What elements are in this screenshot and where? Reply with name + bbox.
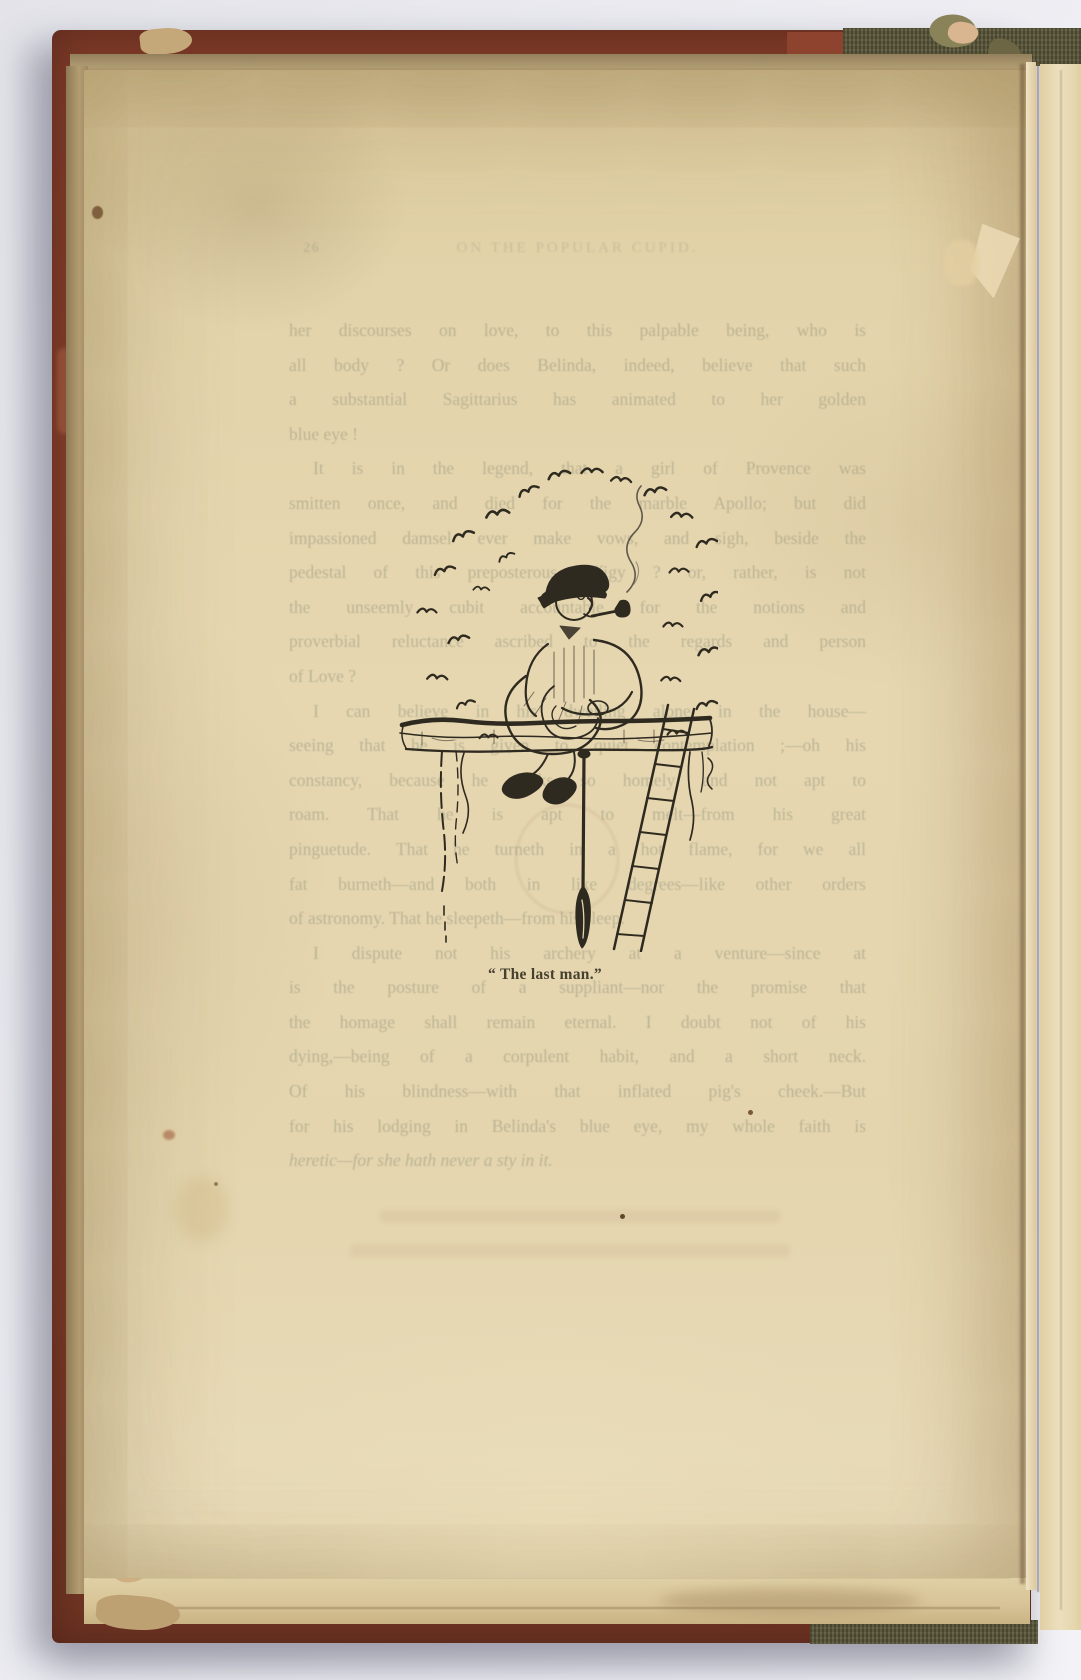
bird bbox=[473, 585, 489, 592]
bird bbox=[427, 673, 448, 682]
ink-speck bbox=[620, 1214, 625, 1219]
bird bbox=[700, 591, 718, 601]
tail-smudge bbox=[660, 1588, 920, 1614]
running-title: ON THE POPULAR CUPID. bbox=[289, 240, 866, 257]
gallows-right-post bbox=[688, 752, 712, 840]
bird bbox=[456, 699, 476, 708]
bird bbox=[417, 607, 436, 615]
gallows-left-post bbox=[441, 751, 469, 942]
ghost-running-head: 26 ON THE POPULAR CUPID. bbox=[289, 240, 866, 266]
illegible-showthrough-line bbox=[380, 1210, 780, 1223]
bird bbox=[434, 566, 456, 575]
ink-speck bbox=[748, 1110, 753, 1115]
ink-speck bbox=[214, 1182, 218, 1186]
ghost-text-line: a substantial Sagittarius has animated t… bbox=[289, 382, 866, 417]
bird bbox=[671, 511, 693, 520]
ghost-text-line: Of his blindness—with that inflated pig'… bbox=[289, 1074, 866, 1109]
stain bbox=[163, 1130, 175, 1140]
bird bbox=[696, 700, 718, 709]
bird bbox=[663, 621, 682, 629]
pipe-smoke bbox=[627, 486, 642, 592]
bird bbox=[448, 635, 469, 643]
next-page-crease bbox=[1060, 70, 1062, 1610]
seated-man bbox=[502, 565, 641, 804]
bird bbox=[548, 470, 571, 479]
ghost-text-line: dying,—being of a corpulent habit, and a… bbox=[289, 1039, 866, 1074]
the-last-man-engraving bbox=[398, 462, 718, 952]
bird bbox=[661, 675, 681, 683]
paper-repair-patch bbox=[944, 240, 978, 286]
book-photograph: 26 ON THE POPULAR CUPID. her discourses … bbox=[0, 0, 1081, 1680]
plate-caption: “ The last man.” bbox=[420, 966, 670, 984]
bird bbox=[698, 647, 718, 655]
gutter-crease bbox=[1020, 64, 1025, 1584]
bird bbox=[452, 530, 475, 541]
ghost-text-line: all body ? Or does Belinda, indeed, beli… bbox=[289, 348, 866, 383]
bird-flock bbox=[417, 467, 718, 740]
shoe bbox=[502, 773, 543, 798]
bird bbox=[581, 467, 602, 475]
gutter-crease bbox=[1037, 62, 1039, 1592]
bird bbox=[696, 538, 718, 547]
bird bbox=[486, 510, 509, 518]
bird bbox=[644, 487, 667, 495]
hanging-rope bbox=[576, 750, 590, 948]
bird bbox=[670, 567, 689, 574]
ghost-text-line: her discourses on love, to this palpable… bbox=[289, 313, 866, 348]
bird bbox=[498, 552, 515, 562]
stain bbox=[92, 206, 103, 219]
bird bbox=[518, 485, 540, 497]
stain bbox=[176, 1176, 228, 1242]
ghost-text-line: the homage shall remain eternal. I doubt… bbox=[289, 1005, 866, 1040]
ghost-text-line: for his lodging in Belinda's blue eye, m… bbox=[289, 1109, 866, 1144]
ghost-text-line: heretic—for she hath never a sty in it. bbox=[289, 1143, 866, 1178]
gutter-crease-highlight bbox=[1026, 62, 1036, 1590]
bird bbox=[611, 475, 632, 485]
ghost-text-line: blue eye ! bbox=[289, 417, 866, 452]
illegible-showthrough-line bbox=[350, 1244, 790, 1257]
shoe bbox=[543, 778, 576, 804]
